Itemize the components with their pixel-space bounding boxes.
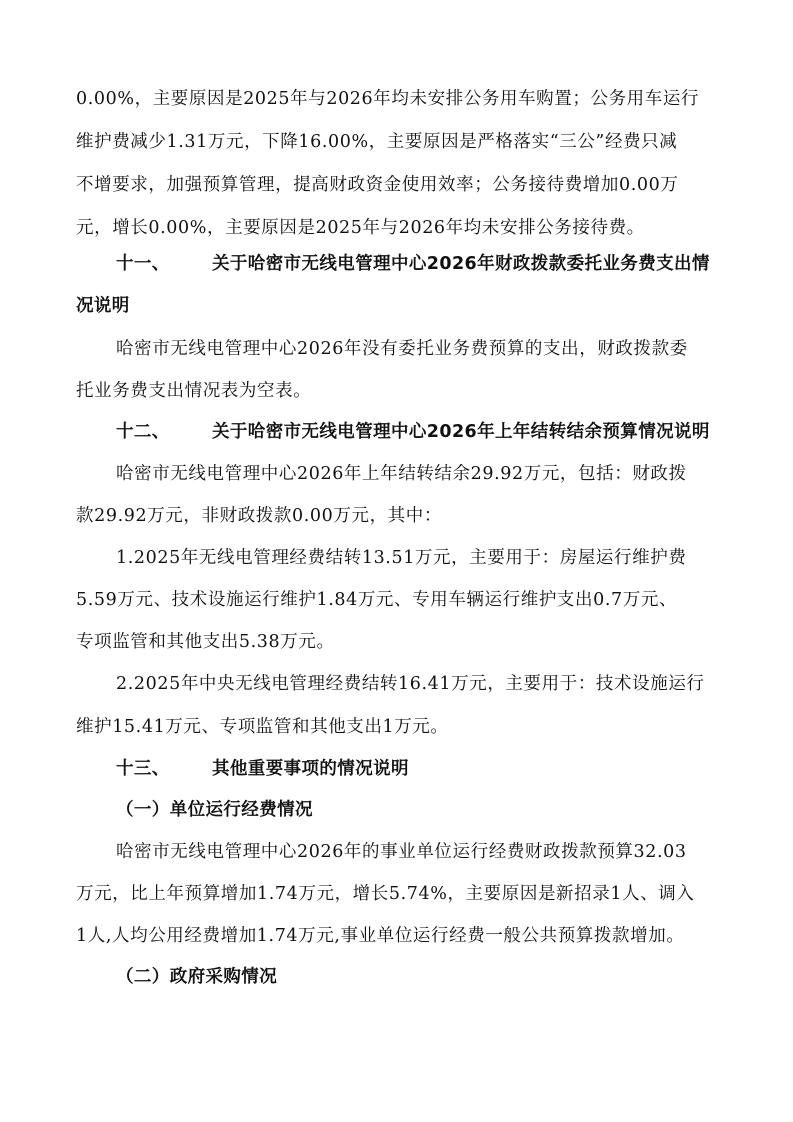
section-title: 其他重要事项的情况说明 [212,759,409,779]
list-item-line: 5.59万元、技术设施运行维护1.84万元、专用车辆运行维护支出0.7万元、 [76,589,677,611]
paragraph-line: 0.00%，主要原因是2025年与2026年均未安排公务用车购置；公务用车运行 [76,88,699,110]
section-13-heading: 十三、其他重要事项的情况说明 [116,758,409,780]
section-11-heading-cont: 况说明 [76,295,130,317]
paragraph-line: 不增要求，加强预算管理，提高财政资金使用效率；公务接待费增加0.00万 [76,174,678,196]
section-number: 十一、 [116,253,212,275]
list-item-line: 维护15.41万元、专项监管和其他支出1万元。 [76,716,449,738]
list-item-line: 2.2025年中央无线电管理经费结转16.41万元，主要用于：技术设施运行 [116,673,705,695]
paragraph-line: 1人,人均公用经费增加1.74万元,事业单位运行经费一般公共预算拨款增加。 [76,925,684,947]
paragraph-line: 元，增长0.00%，主要原因是2025年与2026年均未安排公务接待费。 [76,217,645,239]
section-title: 关于哈密市无线电管理中心2026年财政拨款委托业务费支出情 [212,254,710,274]
section-11-heading: 十一、关于哈密市无线电管理中心2026年财政拨款委托业务费支出情 [116,253,710,275]
section-number: 十三、 [116,758,212,780]
paragraph-line: 哈密市无线电管理中心2026年的事业单位运行经费财政拨款预算32.03 [116,841,687,863]
paragraph-line: 托业务费支出情况表为空表。 [76,380,311,402]
paragraph-line: 哈密市无线电管理中心2026年上年结转结余29.92万元，包括：财政拨 [116,463,687,485]
section-number: 十二、 [116,421,212,443]
list-item-line: 专项监管和其他支出5.38万元。 [76,631,335,653]
document-page: 0.00%，主要原因是2025年与2026年均未安排公务用车购置；公务用车运行 … [0,0,793,1122]
paragraph-line: 款29.92万元，非财政拨款0.00万元，其中： [76,505,442,527]
paragraph-line: 维护费减少1.31万元，下降16.00%，主要原因是严格落实“三公”经费只减 [76,131,677,153]
subsection-heading: （一）单位运行经费情况 [116,799,313,821]
subsection-heading: （二）政府采购情况 [116,966,277,988]
section-12-heading: 十二、关于哈密市无线电管理中心2026年上年结转结余预算情况说明 [116,421,710,443]
paragraph-line: 万元，比上年预算增加1.74万元，增长5.74%，主要原因是新招录1人、调入 [76,883,695,905]
list-item-line: 1.2025年无线电管理经费结转13.51万元，主要用于：房屋运行维护费 [116,547,686,569]
paragraph-line: 哈密市无线电管理中心2026年没有委托业务费预算的支出，财政拨款委 [116,338,688,360]
section-title: 关于哈密市无线电管理中心2026年上年结转结余预算情况说明 [212,422,710,442]
